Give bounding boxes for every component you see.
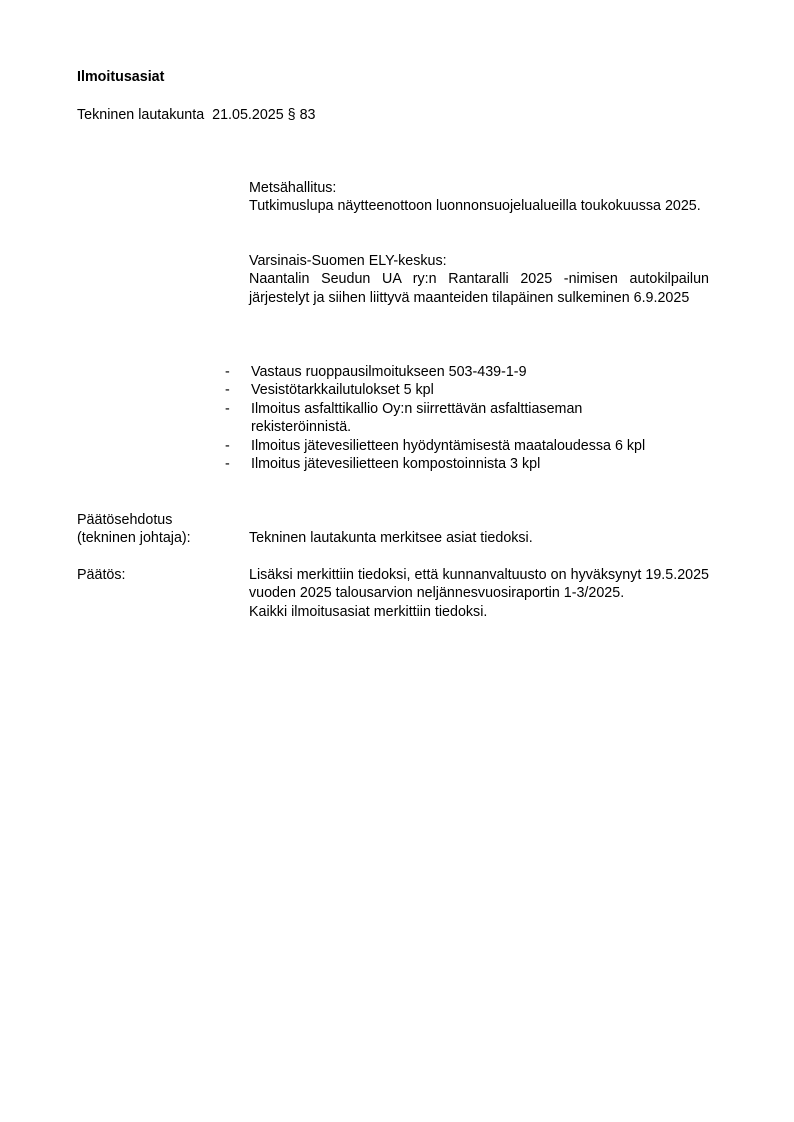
- bullet-dash: -: [225, 363, 230, 381]
- decision-label: Päätös:: [77, 566, 125, 584]
- notice-metsahallitus: Metsähallitus: Tutkimuslupa näytteenotto…: [249, 179, 709, 216]
- decision-text-conclusion: Kaikki ilmoitusasiat merkittiin tiedoksi…: [249, 603, 709, 621]
- list-item: -Vastaus ruoppausilmoitukseen 503-439-1-…: [225, 363, 705, 381]
- notice-sender: Varsinais-Suomen ELY-keskus:: [249, 252, 709, 270]
- bullet-dash: -: [225, 381, 230, 399]
- list-item: -Ilmoitus asfalttikallio Oy:n siirrettäv…: [225, 400, 631, 437]
- list-item-text: Vastaus ruoppausilmoitukseen 503-439-1-9: [251, 364, 527, 380]
- list-item-text: Ilmoitus jätevesilietteen hyödyntämisest…: [251, 438, 645, 454]
- proposal-label-line1: Päätösehdotus: [77, 511, 191, 529]
- proposal-label-line2: (tekninen johtaja):: [77, 529, 191, 547]
- notice-items-list: -Vastaus ruoppausilmoitukseen 503-439-1-…: [225, 363, 705, 473]
- list-item-text: Vesistötarkkailutulokset 5 kpl: [251, 382, 434, 398]
- bullet-dash: -: [225, 437, 230, 455]
- list-item-text: Ilmoitus asfalttikallio Oy:n siirrettävä…: [251, 401, 582, 435]
- bullet-dash: -: [225, 400, 230, 418]
- decision-text-paragraph: Lisäksi merkittiin tiedoksi, että kunnan…: [249, 566, 709, 603]
- notice-text: Naantalin Seudun UA ry:n Rantaralli 2025…: [249, 270, 709, 307]
- list-item: -Vesistötarkkailutulokset 5 kpl: [225, 381, 705, 399]
- document-title: Ilmoitusasiat: [77, 68, 164, 86]
- list-item: -Ilmoitus jätevesilietteen hyödyntämises…: [225, 437, 705, 455]
- notice-text: Tutkimuslupa näytteenottoon luonnonsuoje…: [249, 197, 709, 215]
- bullet-dash: -: [225, 455, 230, 473]
- list-item-text: Ilmoitus jätevesilietteen kompostoinnist…: [251, 456, 540, 472]
- notice-sender: Metsähallitus:: [249, 179, 709, 197]
- decision-text: Lisäksi merkittiin tiedoksi, että kunnan…: [249, 566, 709, 621]
- list-item: -Ilmoitus jätevesilietteen kompostoinnis…: [225, 455, 705, 473]
- notice-ely-keskus: Varsinais-Suomen ELY-keskus: Naantalin S…: [249, 252, 709, 307]
- meeting-reference: Tekninen lautakunta 21.05.2025 § 83: [77, 106, 315, 124]
- proposal-label: Päätösehdotus (tekninen johtaja):: [77, 511, 191, 548]
- proposal-text: Tekninen lautakunta merkitsee asiat tied…: [249, 529, 709, 547]
